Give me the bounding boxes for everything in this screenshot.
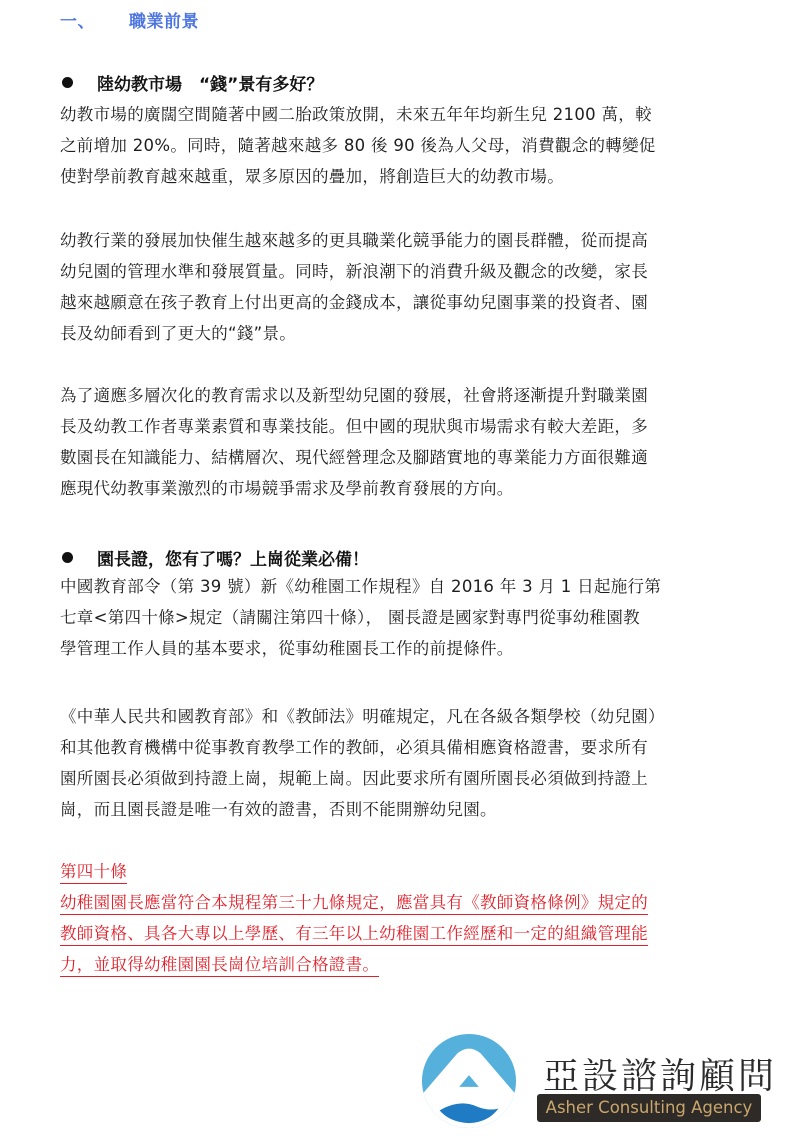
text-line: 之前增加 20%。同時，隨著越來越多 80 後 90 後為人父母，消費觀念的轉變…: [60, 130, 720, 161]
text-line: 和其他教育機構中從事教育教學工作的教師，必須具備相應資格證書，要求所有: [60, 732, 720, 763]
bullet-dot-icon: [62, 77, 73, 88]
text-line: 幼教市場的廣闊空間隨著中國二胎政策放開，未來五年年均新生兒 2100 萬，較: [60, 99, 720, 130]
article-40-line: 力，並取得幼稚園園長崗位培訓合格證書。: [60, 955, 379, 977]
text-line: 長及幼教工作者專業素質和專業技能。但中國的現狀與市場需求有較大差距，多: [60, 411, 720, 442]
article-40-block: 第四十條 幼稚園園長應當符合本規程第三十九條規定，應當具有《教師資格條例》規定的…: [60, 856, 720, 980]
article-40-line: 教師資格、具各大專以上學歷、有三年以上幼稚園工作經歷和一定的組織管理能: [60, 924, 648, 946]
text-line: 越來越願意在孩子教育上付出更高的金錢成本，讓從事幼兒園事業的投資者、園: [60, 287, 720, 318]
bullet-heading-text: 陸幼教市場 “錢”景有多好？: [97, 70, 323, 95]
text-line: 幼稚園園長應當符合本規程第三十九條規定，應當具有《教師資格條例》規定的: [60, 887, 720, 918]
logo-name-chinese: 亞設諮詢顧問: [543, 1048, 777, 1099]
logo-name-english: Asher Consulting Agency: [537, 1094, 761, 1122]
article-40-line: 幼稚園園長應當符合本規程第三十九條規定，應當具有《教師資格條例》規定的: [60, 893, 648, 915]
section-title: 職業前景: [129, 12, 199, 32]
text-line: 數園長在知識能力、結構層次、現代經營理念及腳踏實地的專業能力方面很難適: [60, 442, 720, 473]
paragraph-market-3: 為了適應多層次化的教育需求以及新型幼兒園的發展，社會將逐漸提升對職業園 長及幼教…: [60, 380, 720, 504]
text-line: 崗，而且園長證是唯一有效的證書，否則不能開辦幼兒園。: [60, 794, 720, 825]
text-line: 幼教行業的發展加快催生越來越多的更具職業化競爭能力的園長群體，從而提高: [60, 225, 720, 256]
asher-consulting-logo: 亞設諮詢顧問 Asher Consulting Agency: [415, 1030, 775, 1130]
text-line: 教師資格、具各大專以上學歷、有三年以上幼稚園工作經歷和一定的組織管理能: [60, 918, 720, 949]
bullet-dot-icon: [62, 552, 73, 563]
text-line: 長及幼師看到了更大的“錢”景。: [60, 318, 720, 349]
article-40-title: 第四十條: [60, 856, 720, 887]
bullet-heading-market: 陸幼教市場 “錢”景有多好？: [60, 70, 323, 95]
text-line: 應現代幼教事業激烈的市場競爭需求及學前教育發展的方向。: [60, 473, 720, 504]
bullet-heading-certificate: 園長證，您有了嗎？上崗從業必備！: [60, 545, 369, 570]
text-line: 幼兒園的管理水準和發展質量。同時，新浪潮下的消費升級及觀念的改變，家長: [60, 256, 720, 287]
text-line: 《中華人民共和國教育部》和《教師法》明確規定，凡在各級各類學校（幼兒園）: [60, 701, 720, 732]
article-40-title-text: 第四十條: [60, 862, 127, 884]
text-line: 使對學前教育越來越重，眾多原因的疊加，將創造巨大的幼教市場。: [60, 161, 720, 192]
text-line: 七章<第四十條>規定（請關注第四十條）， 園長證是國家對專門從事幼稚園教: [60, 602, 720, 633]
text-line: 為了適應多層次化的教育需求以及新型幼兒園的發展，社會將逐漸提升對職業園: [60, 380, 720, 411]
paragraph-certificate-2: 《中華人民共和國教育部》和《教師法》明確規定，凡在各級各類學校（幼兒園） 和其他…: [60, 701, 720, 825]
text-line: 力，並取得幼稚園園長崗位培訓合格證書。: [60, 949, 720, 980]
asher-mountain-wave-logo-icon: [420, 1032, 518, 1130]
paragraph-market-1: 幼教市場的廣闊空間隨著中國二胎政策放開，未來五年年均新生兒 2100 萬，較 之…: [60, 99, 720, 192]
section-heading: 一、職業前景: [60, 7, 199, 32]
paragraph-market-2: 幼教行業的發展加快催生越來越多的更具職業化競爭能力的園長群體，從而提高 幼兒園的…: [60, 225, 720, 349]
bullet-heading-text: 園長證，您有了嗎？上崗從業必備！: [97, 545, 369, 570]
section-number: 一、: [60, 12, 95, 32]
text-line: 中國教育部令（第 39 號）新《幼稚園工作規程》自 2016 年 3 月 1 日…: [60, 571, 720, 602]
text-line: 學管理工作人員的基本要求，從事幼稚園長工作的前提條件。: [60, 633, 720, 664]
text-line: 園所園長必須做到持證上崗，規範上崗。因此要求所有園所園長必須做到持證上: [60, 763, 720, 794]
paragraph-certificate-1: 中國教育部令（第 39 號）新《幼稚園工作規程》自 2016 年 3 月 1 日…: [60, 571, 720, 664]
